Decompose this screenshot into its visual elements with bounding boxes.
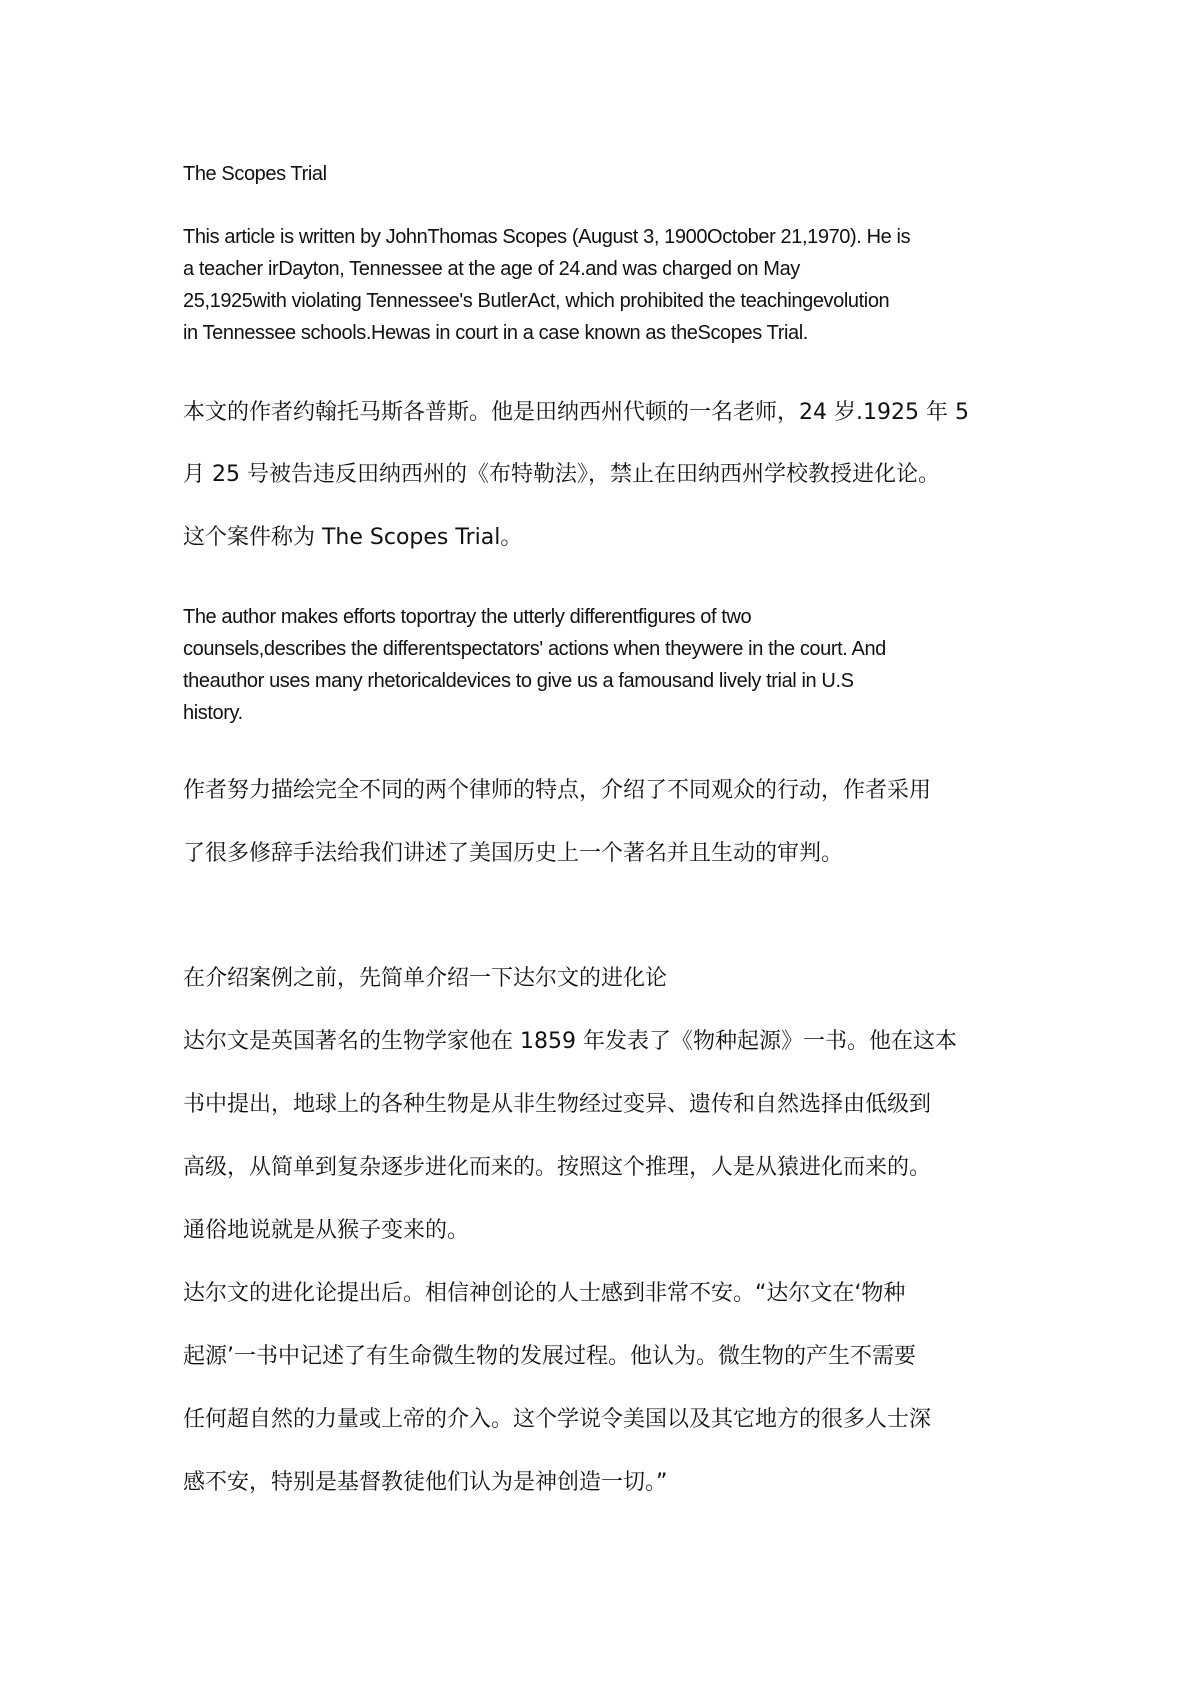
text-line: This article is written by JohnThomas Sc… xyxy=(183,225,910,249)
text-line: 这个案件称为 The Scopes Trial。 xyxy=(183,526,522,550)
text-line: theauthor uses many rhetoricaldevices to… xyxy=(183,669,854,693)
text-line: 任何超自然的力量或上帝的介入。这个学说令美国以及其它地方的很多人士深 xyxy=(183,1408,931,1432)
document-title: The Scopes Trial xyxy=(183,162,327,186)
document-page: The Scopes Trial This article is written… xyxy=(0,0,1200,1696)
text-line: 本文的作者约翰托马斯各普斯。他是田纳西州代顿的一名老师，24 岁.1925 年 … xyxy=(183,401,969,425)
text-line: 书中提出，地球上的各种生物是从非生物经过变异、遗传和自然选择由低级到 xyxy=(183,1093,931,1117)
text-line: 感不安，特别是基督教徒他们认为是神创造一切。” xyxy=(183,1471,667,1495)
text-line: history. xyxy=(183,701,243,725)
text-line: 高级，从简单到复杂逐步进化而来的。按照这个推理，人是从猿进化而来的。 xyxy=(183,1156,931,1180)
text-line: a teacher irDayton, Tennessee at the age… xyxy=(183,257,800,281)
text-line: 在介绍案例之前，先简单介绍一下达尔文的进化论 xyxy=(183,967,667,991)
text-line: 达尔文的进化论提出后。相信神创论的人士感到非常不安。“达尔文在‘物种 xyxy=(183,1282,905,1306)
text-line: The author makes efforts toportray the u… xyxy=(183,605,751,629)
text-line: 起源’一书中记述了有生命微生物的发展过程。他认为。微生物的产生不需要 xyxy=(183,1345,916,1369)
text-line: 25,1925with violating Tennessee's Butler… xyxy=(183,289,889,313)
text-line: 了很多修辞手法给我们讲述了美国历史上一个著名并且生动的审判。 xyxy=(183,842,843,866)
text-line: 通俗地说就是从猴子变来的。 xyxy=(183,1219,469,1243)
text-line: 达尔文是英国著名的生物学家他在 1859 年发表了《物种起源》一书。他在这本 xyxy=(183,1030,957,1054)
text-line: in Tennessee schools.Hewas in court in a… xyxy=(183,321,808,345)
text-line: 作者努力描绘完全不同的两个律师的特点，介绍了不同观众的行动，作者采用 xyxy=(183,779,931,803)
text-line: 月 25 号被告违反田纳西州的《布特勒法》，禁止在田纳西州学校教授进化论。 xyxy=(183,463,940,487)
text-line: counsels,describes the differentspectato… xyxy=(183,637,886,661)
